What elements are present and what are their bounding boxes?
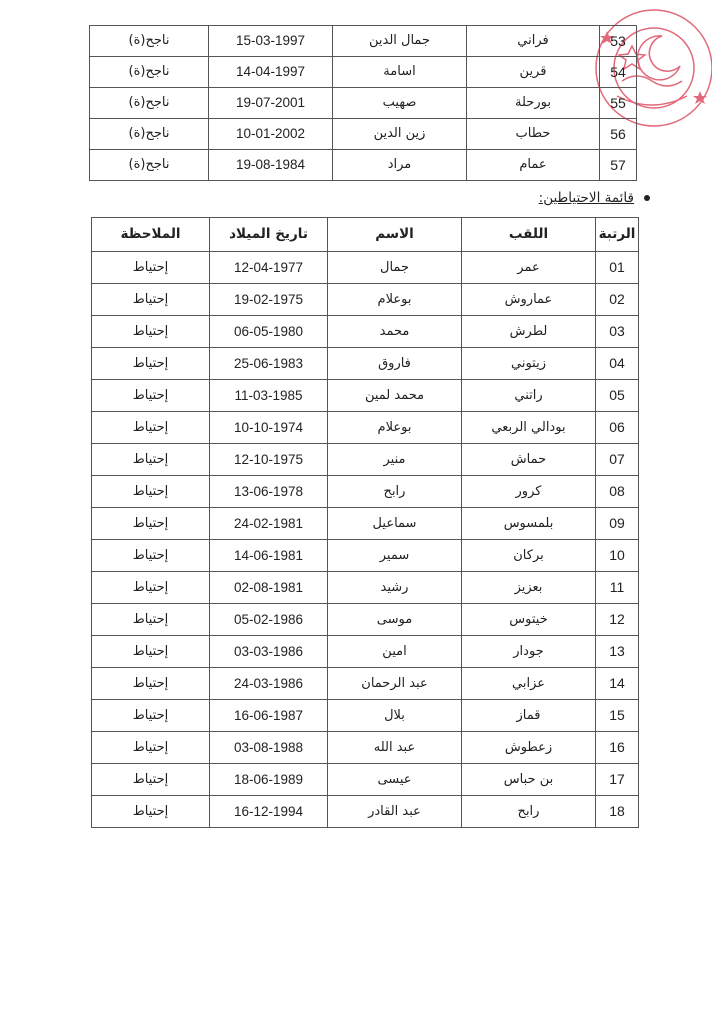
rank-cell: 14 bbox=[596, 668, 639, 700]
note-cell: إحتياط bbox=[92, 604, 210, 636]
surname-cell: جودار bbox=[462, 636, 596, 668]
note-cell: إحتياط bbox=[92, 348, 210, 380]
rank-cell: 06 bbox=[596, 412, 639, 444]
surname-cell: بن حباس bbox=[462, 764, 596, 796]
surname-cell: راتني bbox=[462, 380, 596, 412]
table-row: 04زيتونيفاروق25-06-1983إحتياط bbox=[92, 348, 639, 380]
birth-date-cell: 10-01-2002 bbox=[209, 119, 333, 150]
name-cell: امين bbox=[328, 636, 462, 668]
note-cell: إحتياط bbox=[92, 764, 210, 796]
note-cell: إحتياط bbox=[92, 316, 210, 348]
note-cell: إحتياط bbox=[92, 668, 210, 700]
note-cell: إحتياط bbox=[92, 252, 210, 284]
name-cell: فاروق bbox=[328, 348, 462, 380]
birth-date-cell: 19-08-1984 bbox=[209, 150, 333, 181]
rank-cell: 11 bbox=[596, 572, 639, 604]
name-cell: بوعلام bbox=[328, 284, 462, 316]
name-cell: عيسى bbox=[328, 764, 462, 796]
note-cell: إحتياط bbox=[92, 444, 210, 476]
rank-cell: 01 bbox=[596, 252, 639, 284]
birth-date-cell: 15-03-1997 bbox=[209, 26, 333, 57]
name-cell: موسى bbox=[328, 604, 462, 636]
birth-date-cell: 19-07-2001 bbox=[209, 88, 333, 119]
header-rank: الرتبة bbox=[596, 218, 639, 252]
surname-cell: عزابي bbox=[462, 668, 596, 700]
birth-date-cell: 19-02-1975 bbox=[210, 284, 328, 316]
surname-cell: كرور bbox=[462, 476, 596, 508]
table-row: 07حماشمنير12-10-1975إحتياط bbox=[92, 444, 639, 476]
table-row: 06بودالي الربعيبوعلام10-10-1974إحتياط bbox=[92, 412, 639, 444]
rank-cell: 57 bbox=[600, 150, 637, 181]
table-row: 05راتنيمحمد لمين11-03-1985إحتياط bbox=[92, 380, 639, 412]
table-row: 09بلمسوسسماعيل24-02-1981إحتياط bbox=[92, 508, 639, 540]
surname-cell: فراني bbox=[467, 26, 600, 57]
note-cell: إحتياط bbox=[92, 540, 210, 572]
surname-cell: لطرش bbox=[462, 316, 596, 348]
rank-cell: 56 bbox=[600, 119, 637, 150]
surname-cell: عمر bbox=[462, 252, 596, 284]
note-cell: إحتياط bbox=[92, 732, 210, 764]
surname-cell: قماز bbox=[462, 700, 596, 732]
reserve-list-heading: قائمة الاحتياطين: bbox=[539, 190, 650, 206]
surname-cell: عماروش bbox=[462, 284, 596, 316]
table-row: 17بن حباسعيسى18-06-1989إحتياط bbox=[92, 764, 639, 796]
name-cell: بوعلام bbox=[328, 412, 462, 444]
name-cell: رابح bbox=[328, 476, 462, 508]
note-cell: إحتياط bbox=[92, 796, 210, 828]
birth-date-cell: 16-12-1994 bbox=[210, 796, 328, 828]
name-cell: عبد القادر bbox=[328, 796, 462, 828]
table-row: 57 عمام مراد 19-08-1984 ناجح(ة) bbox=[90, 150, 637, 181]
note-cell: ناجح(ة) bbox=[90, 150, 209, 181]
header-surname: اللقب bbox=[462, 218, 596, 252]
name-cell: صهيب bbox=[333, 88, 467, 119]
note-cell: ناجح(ة) bbox=[90, 26, 209, 57]
header-birth-date: تاريخ الميلاد bbox=[210, 218, 328, 252]
table-row: 54 قرين اسامة 14-04-1997 ناجح(ة) bbox=[90, 57, 637, 88]
name-cell: عبد الرحمان bbox=[328, 668, 462, 700]
birth-date-cell: 13-06-1978 bbox=[210, 476, 328, 508]
rank-cell: 17 bbox=[596, 764, 639, 796]
reserve-candidates-table: الرتبة اللقب الاسم تاريخ الميلاد الملاحظ… bbox=[91, 217, 639, 828]
table-row: 01عمرجمال12-04-1977إحتياط bbox=[92, 252, 639, 284]
name-cell: محمد bbox=[328, 316, 462, 348]
rank-cell: 54 bbox=[600, 57, 637, 88]
rank-cell: 15 bbox=[596, 700, 639, 732]
table-row: 03لطرشمحمد06-05-1980إحتياط bbox=[92, 316, 639, 348]
rank-cell: 09 bbox=[596, 508, 639, 540]
header-note: الملاحظة bbox=[92, 218, 210, 252]
birth-date-cell: 03-08-1988 bbox=[210, 732, 328, 764]
table-header-row: الرتبة اللقب الاسم تاريخ الميلاد الملاحظ… bbox=[92, 218, 639, 252]
rank-cell: 08 bbox=[596, 476, 639, 508]
table-row: 02عماروشبوعلام19-02-1975إحتياط bbox=[92, 284, 639, 316]
birth-date-cell: 11-03-1985 bbox=[210, 380, 328, 412]
birth-date-cell: 14-04-1997 bbox=[209, 57, 333, 88]
birth-date-cell: 25-06-1983 bbox=[210, 348, 328, 380]
surname-cell: بعزيز bbox=[462, 572, 596, 604]
note-cell: ناجح(ة) bbox=[90, 88, 209, 119]
birth-date-cell: 14-06-1981 bbox=[210, 540, 328, 572]
name-cell: محمد لمين bbox=[328, 380, 462, 412]
name-cell: رشيد bbox=[328, 572, 462, 604]
rank-cell: 02 bbox=[596, 284, 639, 316]
surname-cell: زعطوش bbox=[462, 732, 596, 764]
rank-cell: 05 bbox=[596, 380, 639, 412]
rank-cell: 18 bbox=[596, 796, 639, 828]
name-cell: سماعيل bbox=[328, 508, 462, 540]
reserve-list-title: قائمة الاحتياطين: bbox=[539, 190, 634, 206]
note-cell: إحتياط bbox=[92, 380, 210, 412]
table-row: 16زعطوشعبد الله03-08-1988إحتياط bbox=[92, 732, 639, 764]
table-row: 14عزابيعبد الرحمان24-03-1986إحتياط bbox=[92, 668, 639, 700]
surname-cell: بورحلة bbox=[467, 88, 600, 119]
birth-date-cell: 10-10-1974 bbox=[210, 412, 328, 444]
table-row: 10بركانسمير14-06-1981إحتياط bbox=[92, 540, 639, 572]
table-row: 12خيتوسموسى05-02-1986إحتياط bbox=[92, 604, 639, 636]
name-cell: سمير bbox=[328, 540, 462, 572]
surname-cell: خيتوس bbox=[462, 604, 596, 636]
rank-cell: 55 bbox=[600, 88, 637, 119]
name-cell: عبد الله bbox=[328, 732, 462, 764]
birth-date-cell: 24-02-1981 bbox=[210, 508, 328, 540]
surname-cell: بلمسوس bbox=[462, 508, 596, 540]
note-cell: إحتياط bbox=[92, 636, 210, 668]
surname-cell: قرين bbox=[467, 57, 600, 88]
note-cell: ناجح(ة) bbox=[90, 57, 209, 88]
table-row: 18رابحعبد القادر16-12-1994إحتياط bbox=[92, 796, 639, 828]
birth-date-cell: 24-03-1986 bbox=[210, 668, 328, 700]
name-cell: اسامة bbox=[333, 57, 467, 88]
header-name: الاسم bbox=[328, 218, 462, 252]
birth-date-cell: 03-03-1986 bbox=[210, 636, 328, 668]
table-row: 56 حطاب زين الدين 10-01-2002 ناجح(ة) bbox=[90, 119, 637, 150]
name-cell: زين الدين bbox=[333, 119, 467, 150]
surname-cell: حماش bbox=[462, 444, 596, 476]
name-cell: بلال bbox=[328, 700, 462, 732]
note-cell: إحتياط bbox=[92, 572, 210, 604]
rank-cell: 10 bbox=[596, 540, 639, 572]
table-row: 11بعزيزرشيد02-08-1981إحتياط bbox=[92, 572, 639, 604]
table-row: 13جودارامين03-03-1986إحتياط bbox=[92, 636, 639, 668]
surname-cell: بودالي الربعي bbox=[462, 412, 596, 444]
passed-candidates-table: 53 فراني جمال الدين 15-03-1997 ناجح(ة) 5… bbox=[89, 25, 637, 181]
name-cell: منير bbox=[328, 444, 462, 476]
birth-date-cell: 02-08-1981 bbox=[210, 572, 328, 604]
table-row: 08كروررابح13-06-1978إحتياط bbox=[92, 476, 639, 508]
birth-date-cell: 06-05-1980 bbox=[210, 316, 328, 348]
birth-date-cell: 05-02-1986 bbox=[210, 604, 328, 636]
name-cell: جمال الدين bbox=[333, 26, 467, 57]
surname-cell: عمام bbox=[467, 150, 600, 181]
rank-cell: 12 bbox=[596, 604, 639, 636]
birth-date-cell: 16-06-1987 bbox=[210, 700, 328, 732]
table-row: 53 فراني جمال الدين 15-03-1997 ناجح(ة) bbox=[90, 26, 637, 57]
note-cell: إحتياط bbox=[92, 284, 210, 316]
rank-cell: 53 bbox=[600, 26, 637, 57]
note-cell: ناجح(ة) bbox=[90, 119, 209, 150]
birth-date-cell: 18-06-1989 bbox=[210, 764, 328, 796]
bullet-icon bbox=[644, 195, 650, 201]
note-cell: إحتياط bbox=[92, 476, 210, 508]
surname-cell: بركان bbox=[462, 540, 596, 572]
name-cell: جمال bbox=[328, 252, 462, 284]
birth-date-cell: 12-04-1977 bbox=[210, 252, 328, 284]
note-cell: إحتياط bbox=[92, 412, 210, 444]
rank-cell: 16 bbox=[596, 732, 639, 764]
rank-cell: 03 bbox=[596, 316, 639, 348]
rank-cell: 04 bbox=[596, 348, 639, 380]
table-row: 55 بورحلة صهيب 19-07-2001 ناجح(ة) bbox=[90, 88, 637, 119]
rank-cell: 07 bbox=[596, 444, 639, 476]
name-cell: مراد bbox=[333, 150, 467, 181]
surname-cell: زيتوني bbox=[462, 348, 596, 380]
table-row: 15قمازبلال16-06-1987إحتياط bbox=[92, 700, 639, 732]
birth-date-cell: 12-10-1975 bbox=[210, 444, 328, 476]
note-cell: إحتياط bbox=[92, 508, 210, 540]
rank-cell: 13 bbox=[596, 636, 639, 668]
surname-cell: حطاب bbox=[467, 119, 600, 150]
note-cell: إحتياط bbox=[92, 700, 210, 732]
surname-cell: رابح bbox=[462, 796, 596, 828]
